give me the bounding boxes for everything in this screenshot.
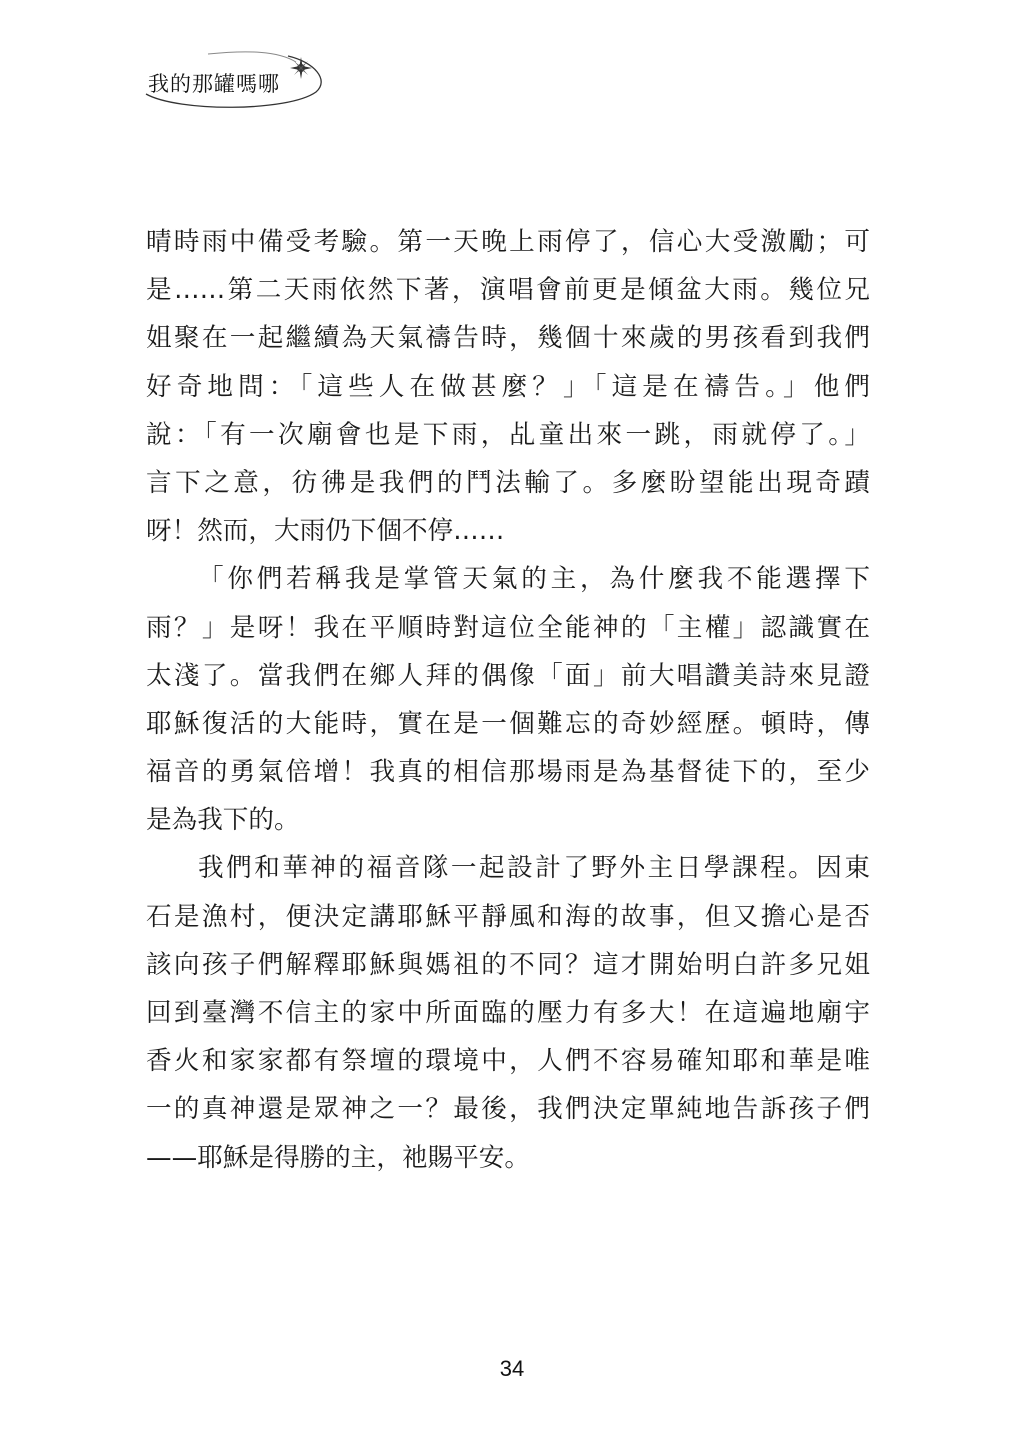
text-line: 耶穌復活的大能時，實在是一個難忘的奇妙經歷。頓時，傳 — [146, 700, 870, 748]
text-line: 香火和家家都有祭壇的環境中，人們不容易確知耶和華是唯 — [146, 1037, 870, 1085]
paragraph-1: 晴時雨中備受考驗。第一天晚上雨停了，信心大受激勵；可 是……第二天雨依然下著，演… — [146, 218, 870, 555]
text-line: 回到臺灣不信主的家中所面臨的壓力有多大！在這遍地廟宇 — [146, 989, 870, 1037]
page-number: 34 — [0, 1356, 1024, 1382]
text-line: 姐聚在一起繼續為天氣禱告時，幾個十來歲的男孩看到我們 — [146, 314, 870, 362]
book-title: 我的那罐嗎哪 — [148, 68, 280, 98]
text-line: 我們和華神的福音隊一起設計了野外主日學課程。因東 — [146, 844, 870, 892]
running-header: 我的那罐嗎哪 — [138, 48, 328, 110]
text-line: 「你們若稱我是掌管天氣的主，為什麼我不能選擇下 — [146, 555, 870, 603]
text-line: 福音的勇氣倍增！我真的相信那場雨是為基督徒下的，至少 — [146, 748, 870, 796]
text-line: 石是漁村，便決定講耶穌平靜風和海的故事，但又擔心是否 — [146, 893, 870, 941]
paragraph-2: 「你們若稱我是掌管天氣的主，為什麼我不能選擇下 雨？」是呀！我在平順時對這位全能… — [146, 555, 870, 844]
text-line: 是……第二天雨依然下著，演唱會前更是傾盆大雨。幾位兄 — [146, 266, 870, 314]
text-line: 一的真神還是眾神之一？最後，我們決定單純地告訴孩子們 — [146, 1085, 870, 1133]
text-line: 言下之意，彷彿是我們的鬥法輸了。多麼盼望能出現奇蹟 — [146, 459, 870, 507]
text-line: 呀！然而，大雨仍下個不停…… — [146, 507, 870, 555]
text-line: 說：「有一次廟會也是下雨，乩童出來一跳，雨就停了。」 — [146, 411, 870, 459]
text-line: 好奇地問：「這些人在做甚麼？」「這是在禱告。」他們 — [146, 363, 870, 411]
body-text: 晴時雨中備受考驗。第一天晚上雨停了，信心大受激勵；可 是……第二天雨依然下著，演… — [146, 218, 870, 1182]
text-line: 晴時雨中備受考驗。第一天晚上雨停了，信心大受激勵；可 — [146, 218, 870, 266]
text-line: 雨？」是呀！我在平順時對這位全能神的「主權」認識實在 — [146, 604, 870, 652]
text-line: 該向孩子們解釋耶穌與媽祖的不同？這才開始明白許多兄姐 — [146, 941, 870, 989]
text-line: ——耶穌是得勝的主，祂賜平安。 — [146, 1134, 870, 1182]
paragraph-3: 我們和華神的福音隊一起設計了野外主日學課程。因東 石是漁村，便決定講耶穌平靜風和… — [146, 844, 870, 1181]
text-line: 太淺了。當我們在鄉人拜的偶像「面」前大唱讚美詩來見證 — [146, 652, 870, 700]
text-line: 是為我下的。 — [146, 796, 870, 844]
